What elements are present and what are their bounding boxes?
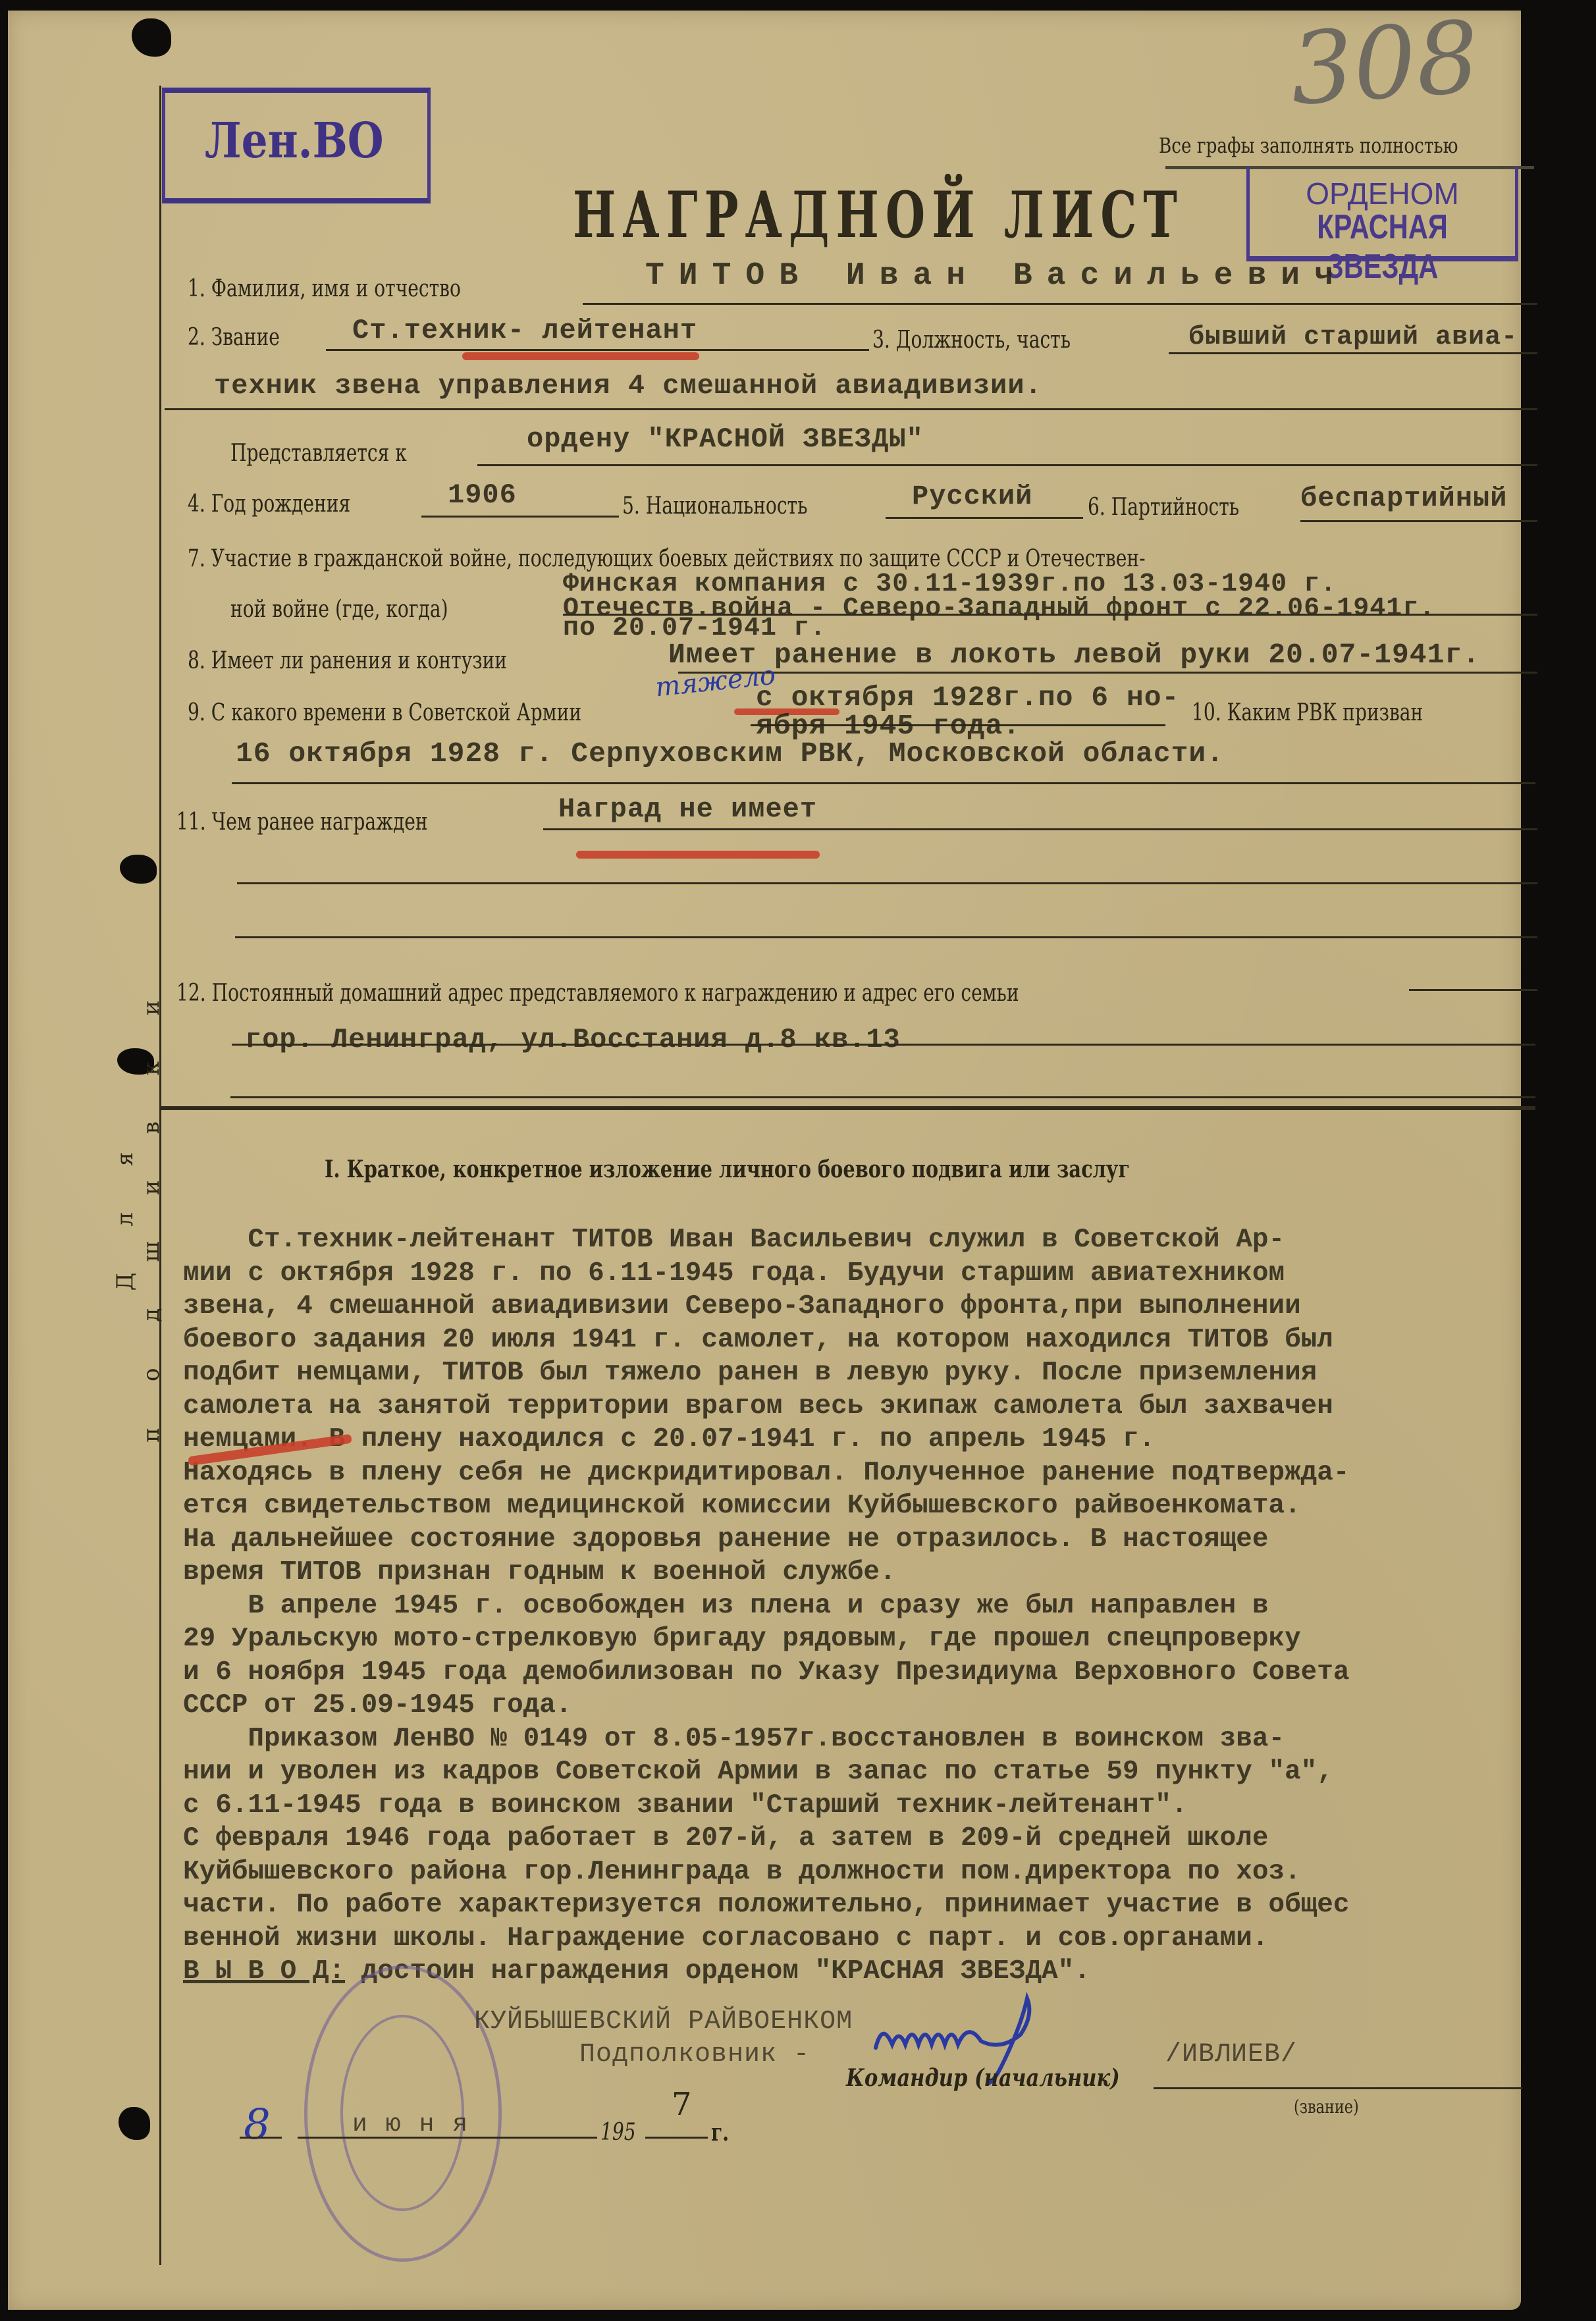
field-3-value: бывший старший авиа-: [1188, 323, 1518, 352]
signature-rank: Подполковник -: [579, 2040, 810, 2069]
award-stamp-line1: ОРДЕНОМ: [1250, 176, 1515, 211]
field-12-line: [232, 1044, 1535, 1046]
field-3-label: 3. Должность, часть: [872, 327, 1071, 354]
narrative-line: Находясь в плену себя не дискридитировал…: [183, 1456, 1350, 1490]
org-stamp: Лен.ВО: [162, 88, 431, 203]
field-6-label: 6. Партийность: [1088, 494, 1239, 521]
org-stamp-text: Лен.ВО: [205, 113, 384, 169]
field-9-value-line1: с октября 1928г.по 6 но-: [756, 681, 1179, 714]
field-10-label: 10. Каким РВК призван: [1192, 699, 1423, 726]
narrative-line: мии с октября 1928 г. по 6.11-1945 года.…: [183, 1257, 1350, 1291]
field-4-label: 4. Год рождения: [188, 491, 350, 518]
award-stamp: ОРДЕНОМ КРАСНАЯ ЗВЕЗДА: [1246, 167, 1518, 261]
narrative-line: самолета на занятой территории врагом ве…: [183, 1390, 1350, 1424]
narrative-line: боевого задания 20 июля 1941 г. самолет,…: [183, 1323, 1350, 1357]
field-4-line: [421, 516, 619, 518]
field-3-value-cont: техник звена управления 4 смешанной авиа…: [214, 370, 1042, 402]
page-title: НАГРАДНОЙ ЛИСТ: [573, 178, 1184, 252]
nominated-label: Представляется к: [230, 440, 407, 467]
field-11-line: [543, 828, 1537, 830]
narrative-line: ется свидетельством медицинской комиссии…: [183, 1489, 1350, 1523]
field-1-value: ТИТОВ Иван Васильевич: [645, 258, 1348, 294]
field-12-label-line: [1409, 989, 1537, 991]
field-12-label: 12. Постоянный домашний адрес представля…: [176, 980, 1019, 1007]
narrative-line: венной жизни школы. Награждение согласов…: [183, 1922, 1350, 1956]
conclusion-text: достоин награждения орденом "КРАСНАЯ ЗВЕ…: [361, 1956, 1090, 1987]
nominated-value: ордену "КРАСНОЙ ЗВЕЗДЫ": [527, 423, 924, 455]
date-year-line: [645, 2137, 708, 2139]
date-year-suffix: 7: [672, 2086, 692, 2123]
field-1-label: 1. Фамилия, имя и отчество: [188, 275, 461, 302]
field-3-cont-line: [165, 408, 1537, 410]
narrative-line: Приказом ЛенВО № 0149 от 8.05-1957г.восс…: [183, 1722, 1350, 1756]
narrative-heading: I. Краткое, конкретное изложение личного…: [325, 1156, 1130, 1183]
narrative-line: На дальнейшее состояние здоровья ранение…: [183, 1523, 1350, 1557]
narrative-line: В апреле 1945 г. освобожден из плена и с…: [183, 1589, 1350, 1623]
field-2-value: Ст.техник- лейтенант: [352, 315, 697, 346]
field-8-label: 8. Имеет ли ранения и контузии: [188, 647, 507, 674]
field-7-label-line2: ной войне (где, когда): [230, 596, 448, 623]
narrative-line: Куйбышевского района гор.Ленинграда в до…: [183, 1855, 1350, 1889]
field-5-label: 5. Национальность: [622, 493, 807, 520]
field-11-line-2: [237, 882, 1537, 884]
field-8-line: [678, 672, 1537, 674]
red-pencil-mark-awards: [576, 851, 820, 859]
date-month-line: [298, 2137, 597, 2139]
red-pencil-mark-rank: [462, 352, 699, 360]
instruction-text: Все графы заполнять полностью: [1159, 133, 1458, 158]
narrative-line: 29 Уральскую мото-стрелковую бригаду ряд…: [183, 1622, 1350, 1656]
field-10-value: 16 октября 1928 г. Серпуховским РВК, Мос…: [236, 737, 1224, 770]
narrative-line: нии и уволен из кадров Советской Армии в…: [183, 1755, 1350, 1789]
nominated-line: [477, 464, 1537, 466]
archive-number: 308: [1287, 0, 1483, 128]
signature-org: КУЙБЫШЕВСКИЙ РАЙВОЕНКОМ: [474, 2007, 853, 2037]
field-2-label: 2. Звание: [188, 324, 280, 351]
narrative-line: немцами. В плену находился с 20.07-1941 …: [183, 1423, 1350, 1456]
field-2-line: [326, 349, 869, 351]
field-12-value: гор. Ленинград, ул.Восстания д.8 кв.13: [245, 1024, 901, 1055]
field-11-line-3: [235, 936, 1537, 938]
field-1-line: [583, 303, 1537, 305]
narrative-body: Ст.техник-лейтенант ТИТОВ Иван Васильеви…: [183, 1223, 1350, 1988]
narrative-line: СССР от 25.09-1945 года.: [183, 1689, 1350, 1722]
narrative-line: с 6.11-1945 года в воинском звании "Стар…: [183, 1789, 1350, 1823]
field-7-label-line1: 7. Участие в гражданской войне, последую…: [188, 545, 1146, 572]
narrative-line: части. По работе характеризуется положит…: [183, 1888, 1350, 1922]
field-6-value: беспартийный: [1300, 483, 1507, 514]
field-3-line: [1169, 352, 1537, 354]
date-day: 8: [244, 2100, 271, 2149]
signature-name: /ИВЛИЕВ/: [1165, 2040, 1297, 2069]
date-month: июня: [352, 2110, 486, 2139]
binding-margin-label: Для подшивки: [112, 836, 165, 1561]
field-11-label: 11. Чем ранее награжден: [176, 809, 428, 836]
field-5-line: [886, 517, 1083, 519]
narrative-line: время ТИТОВ признан годным к военной слу…: [183, 1556, 1350, 1589]
commander-label: Командир (начальник): [846, 2064, 1120, 2092]
rank-caption: (звание): [1294, 2096, 1359, 2118]
date-day-line: [240, 2137, 282, 2139]
narrative-line: и 6 ноября 1945 года демобилизован по Ук…: [183, 1656, 1350, 1690]
field-4-value: 1906: [448, 479, 517, 511]
field-11-value: Наград не имеет: [558, 793, 817, 825]
date-g: г.: [711, 2119, 729, 2147]
field-8-value: Имеет ранение в локоть левой руки 20.07-…: [668, 639, 1480, 671]
field-9-label: 9. С какого времени в Советской Армии: [188, 699, 581, 726]
field-12-line-2: [230, 1096, 1535, 1098]
narrative-line: подбит немцами, ТИТОВ был тяжело ранен в…: [183, 1356, 1350, 1390]
commander-line: [1154, 2087, 1522, 2089]
narrative-line: Ст.техник-лейтенант ТИТОВ Иван Васильеви…: [183, 1223, 1350, 1257]
field-6-line: [1300, 520, 1537, 522]
date-year-prefix: 195: [600, 2119, 636, 2146]
narrative-line: звена, 4 смешанной авиадивизии Северо-За…: [183, 1290, 1350, 1323]
conclusion-label: В Ы В О Д:: [183, 1956, 345, 1987]
field-5-value: Русский: [912, 481, 1032, 512]
narrative-line: С февраля 1946 года работает в 207-й, а …: [183, 1822, 1350, 1855]
form-section-divider: [161, 1106, 1535, 1110]
field-10-line: [232, 782, 1535, 784]
